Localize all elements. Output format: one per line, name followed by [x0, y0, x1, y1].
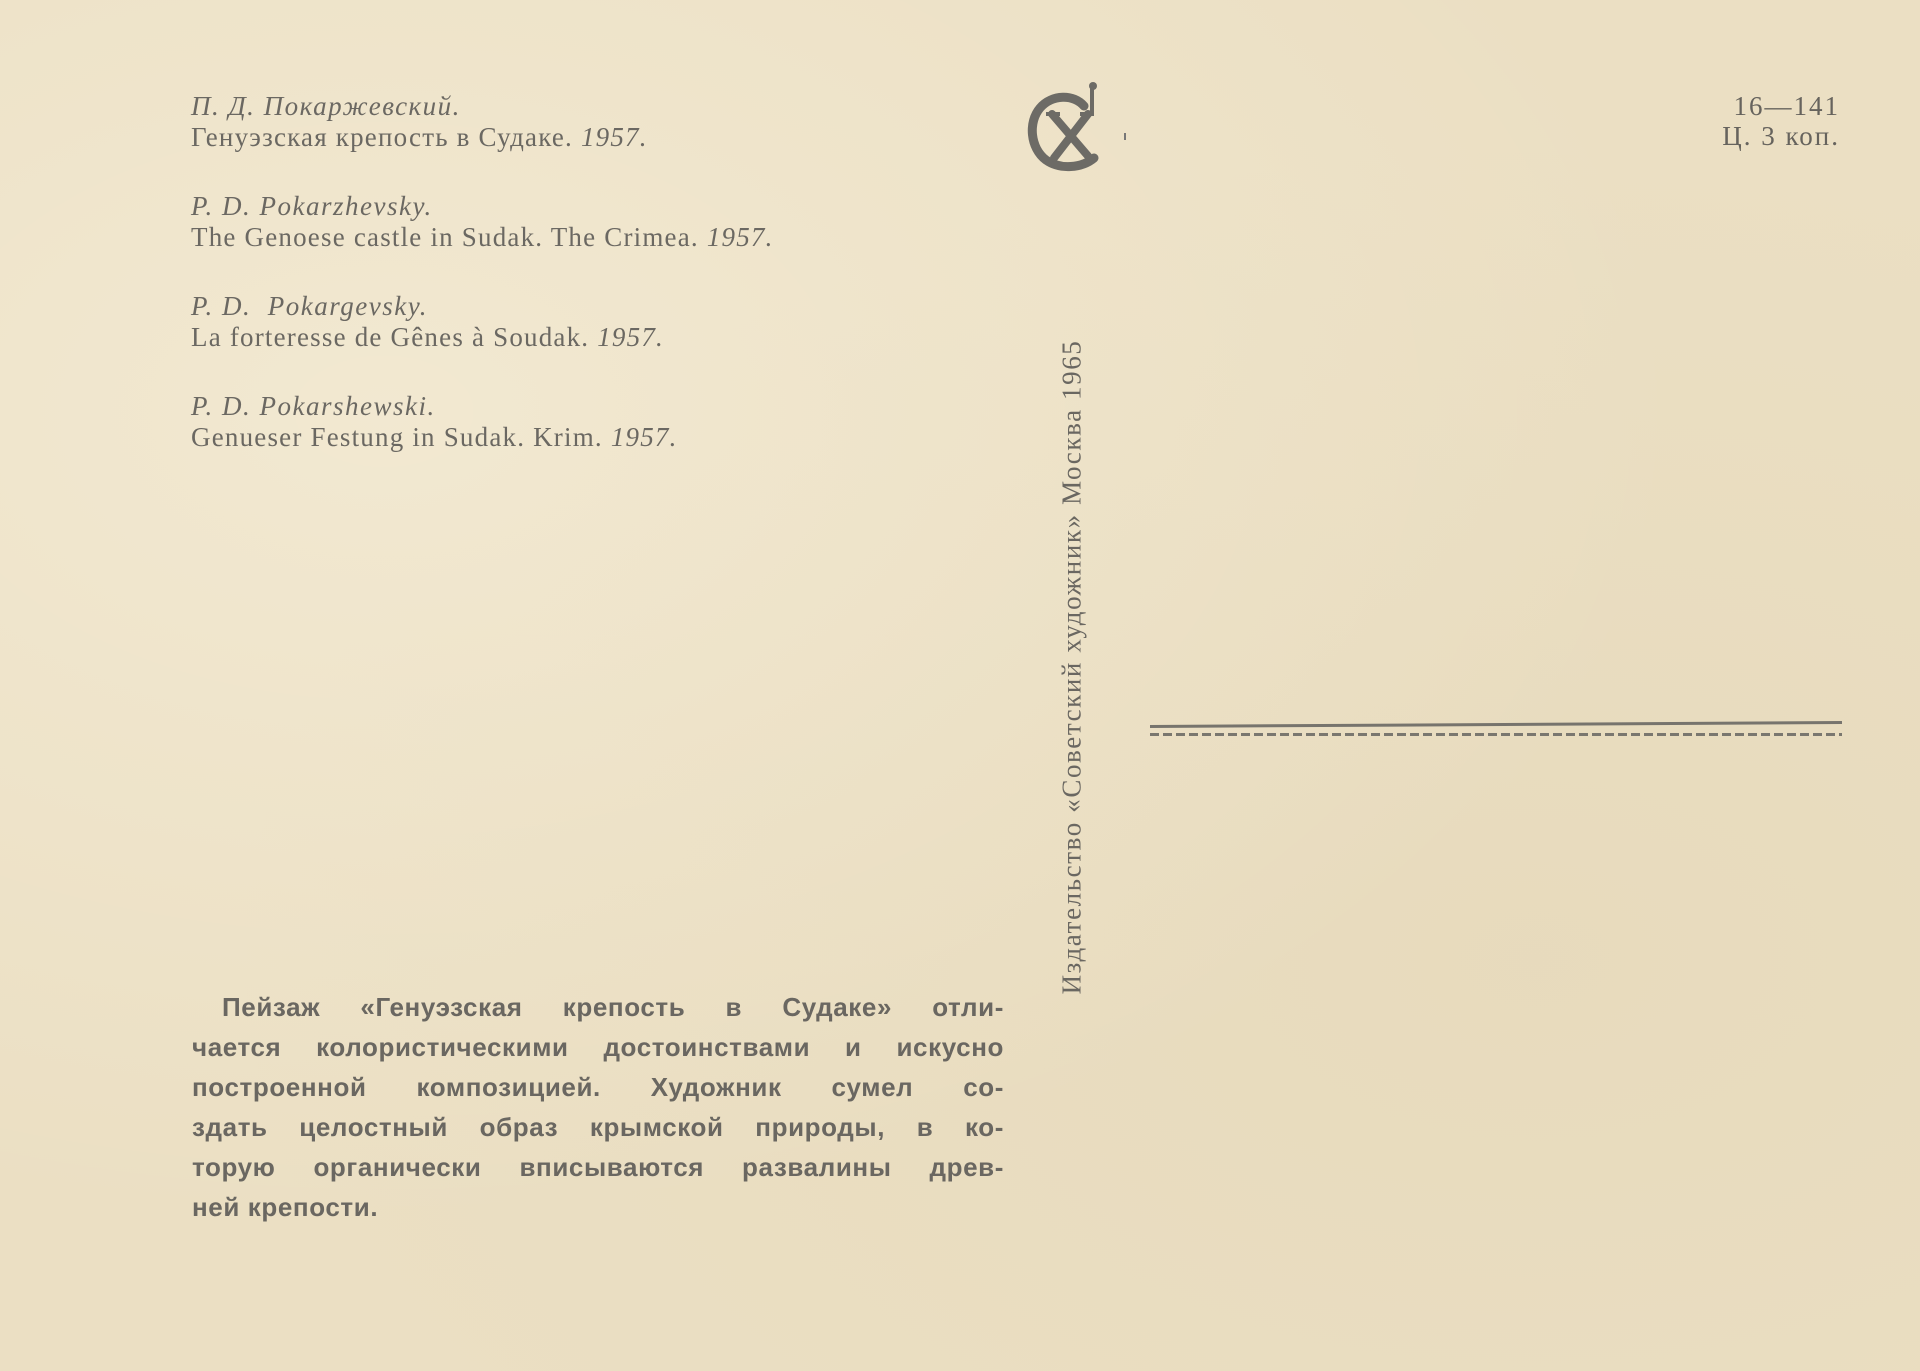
artwork-year: 1957. — [597, 322, 664, 352]
publisher-imprint: Издательство «Советский художник» Москва… — [1057, 340, 1088, 995]
artwork-title: Генуэзская крепость в Судаке. 1957. — [191, 122, 648, 153]
artwork-title: The Genoese castle in Sudak. The Crimea.… — [191, 222, 774, 253]
caption-german: P. D. Pokarshewski. Genueser Festung in … — [191, 391, 678, 453]
caption-french: P. D. Pokargevsky. La forteresse de Gêne… — [191, 291, 664, 353]
artist-name: P. D. Pokargevsky. — [191, 291, 664, 322]
price: Ц. 3 коп. — [1722, 121, 1840, 151]
artwork-description: Пейзаж «Генуэзская крепость в Судаке» от… — [192, 987, 1004, 1227]
artist-name: P. D. Pokarshewski. — [191, 391, 678, 422]
description-line: построенной композицией. Художник сумел … — [192, 1067, 1004, 1107]
artwork-year: 1957. — [581, 122, 648, 152]
artwork-title: La forteresse de Gênes à Soudak. 1957. — [191, 322, 664, 353]
artist-name: P. D. Pokarzhevsky. — [191, 191, 774, 222]
address-line-dashed — [1150, 733, 1842, 736]
caption-russian: П. Д. Покаржевский. Генуэзская крепость … — [191, 91, 648, 153]
description-line: ней крепости. — [192, 1187, 1004, 1227]
artwork-title: Genueser Festung in Sudak. Krim. 1957. — [191, 422, 678, 453]
description-line: торую органически вписываются развалины … — [192, 1147, 1004, 1187]
artist-name: П. Д. Покаржевский. — [191, 91, 648, 122]
artwork-year: 1957. — [611, 422, 678, 452]
catalog-number: 16—141 — [1722, 91, 1840, 121]
description-line: Пейзаж «Генуэзская крепость в Судаке» от… — [192, 987, 1004, 1027]
sovetsky-khudozhnik-monogram-icon — [1022, 78, 1114, 174]
description-line: чается колористическими достоинствами и … — [192, 1027, 1004, 1067]
artwork-year: 1957. — [707, 222, 774, 252]
catalog-info: 16—141 Ц. 3 коп. — [1722, 91, 1840, 151]
caption-english: P. D. Pokarzhevsky. The Genoese castle i… — [191, 191, 774, 253]
description-line: здать целостный образ крымской природы, … — [192, 1107, 1004, 1147]
print-mark — [1124, 133, 1126, 140]
